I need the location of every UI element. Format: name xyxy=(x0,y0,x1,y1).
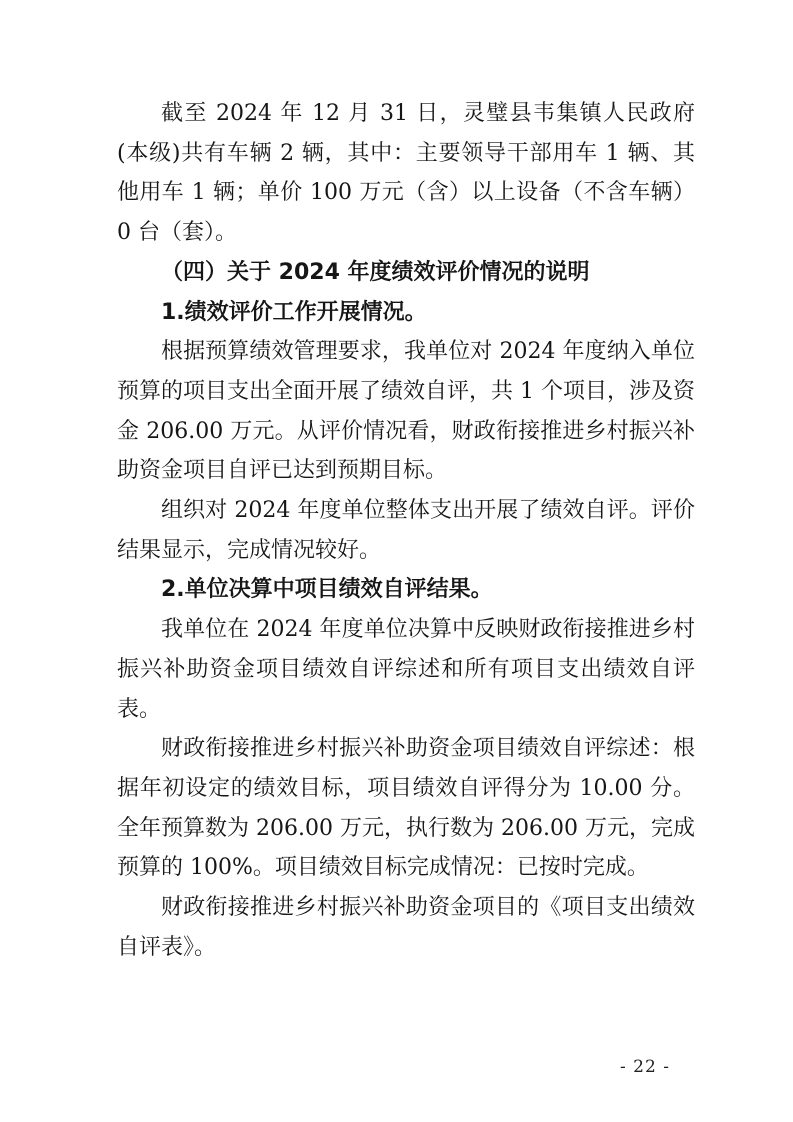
document-body: 截至 2024 年 12 月 31 日，灵璧县韦集镇人民政府(本级)共有车辆 2… xyxy=(117,94,695,967)
paragraph-project-score-details: 财政衔接推进乡村振兴补助资金项目绩效自评综述：根据年初设定的绩效目标，项目绩效自… xyxy=(117,729,695,888)
paragraph-overall-expenditure-evaluation: 组织对 2024 年度单位整体支出开展了绩效自评。评价结果显示，完成情况较好。 xyxy=(117,491,695,570)
paragraph-self-evaluation-overview: 根据预算绩效管理要求，我单位对 2024 年度纳入单位预算的项目支出全面开展了绩… xyxy=(117,332,695,491)
heading-1-evaluation-work: 1.绩效评价工作开展情况。 xyxy=(117,293,695,333)
paragraph-final-accounts-reflection: 我单位在 2024 年度单位决算中反映财政衔接推进乡村振兴补助资金项目绩效自评综… xyxy=(117,610,695,729)
heading-2-final-accounts-self-evaluation: 2.单位决算中项目绩效自评结果。 xyxy=(117,570,695,610)
paragraph-self-evaluation-table-reference: 财政衔接推进乡村振兴补助资金项目的《项目支出绩效自评表》。 xyxy=(117,888,695,967)
page-number: - 22 - xyxy=(610,1052,680,1082)
heading-section-4-performance-evaluation: （四）关于 2024 年度绩效评价情况的说明 xyxy=(117,253,695,293)
document-page: 截至 2024 年 12 月 31 日，灵璧县韦集镇人民政府(本级)共有车辆 2… xyxy=(0,0,793,1122)
paragraph-vehicle-summary: 截至 2024 年 12 月 31 日，灵璧县韦集镇人民政府(本级)共有车辆 2… xyxy=(117,94,695,253)
